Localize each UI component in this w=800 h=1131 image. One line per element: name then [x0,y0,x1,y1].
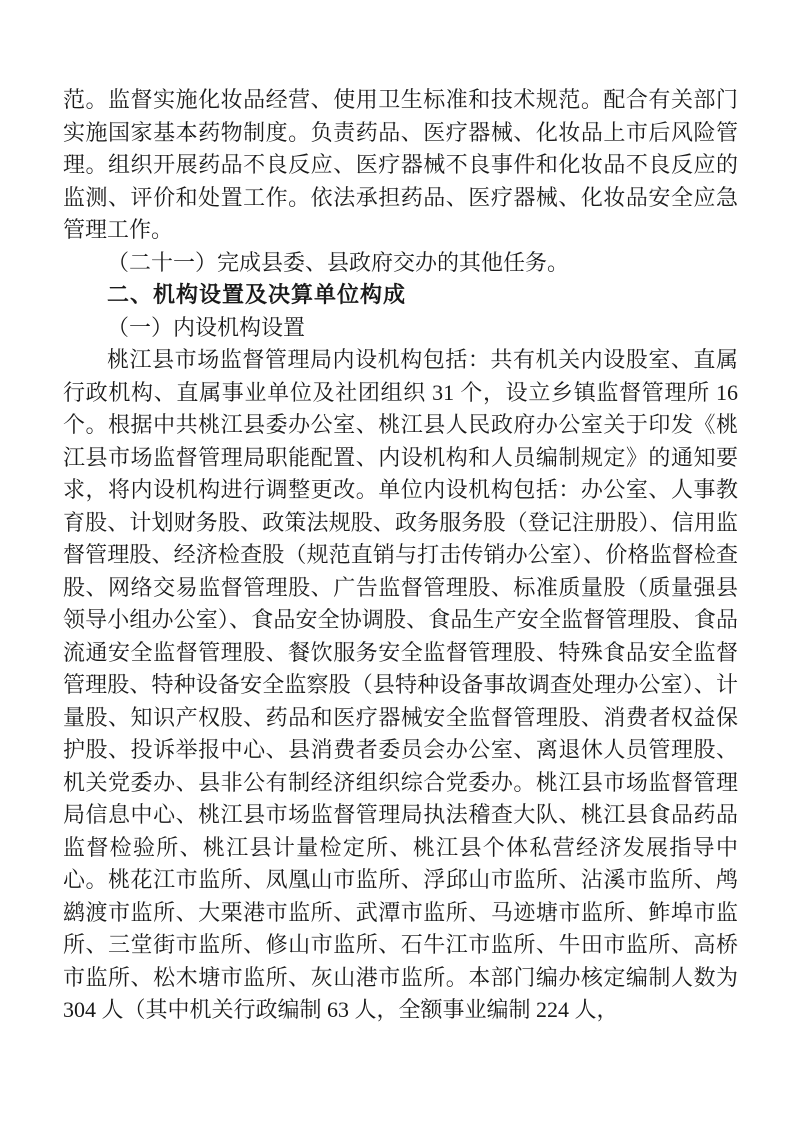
section-heading-2: 二、机构设置及决算单位构成 [63,279,738,312]
document-page: 范。监督实施化妆品经营、使用卫生标准和技术规范。配合有关部门实施国家基本药物制度… [0,0,800,1131]
subsection-heading-2-1: （一）内设机构设置 [63,312,738,345]
paragraph-internal-org: 桃江县市场监督管理局内设机构包括：共有机关内设股室、直属行政机构、直属事业单位及… [63,344,738,1027]
paragraph-item-21: （二十一）完成县委、县政府交办的其他任务。 [63,247,738,280]
paragraph-duties-continued: 范。监督实施化妆品经营、使用卫生标准和技术规范。配合有关部门实施国家基本药物制度… [63,84,738,247]
